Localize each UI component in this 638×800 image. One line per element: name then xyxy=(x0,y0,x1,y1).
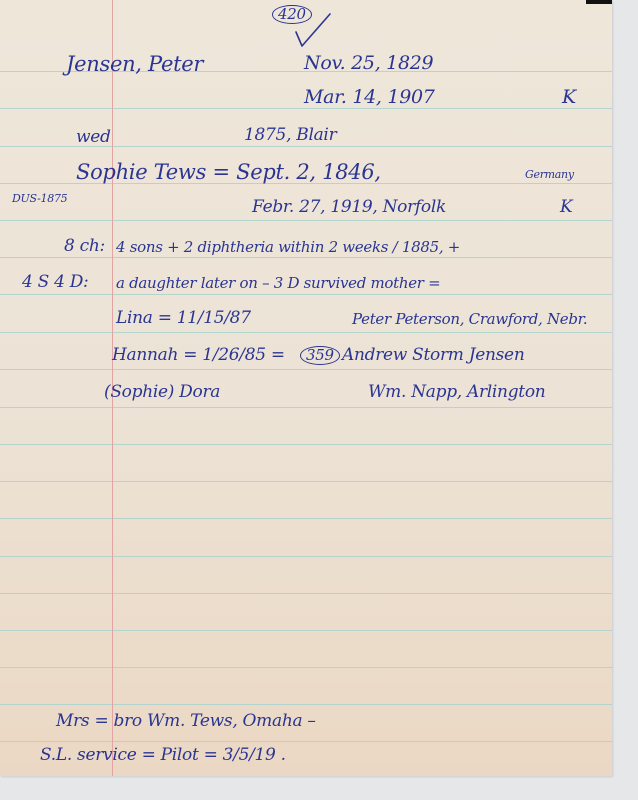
scan-edge xyxy=(586,0,612,4)
birth-date: Nov. 25, 1829 xyxy=(304,52,433,74)
ruled-line xyxy=(0,593,612,594)
children-line-1: 4 sons + 2 diphtheria within 2 weeks / 1… xyxy=(116,238,460,256)
marriage-info: 1875, Blair xyxy=(244,125,336,145)
child-2-spouse: Andrew Storm Jensen xyxy=(342,345,524,365)
children-line-2: a daughter later on – 3 D survived mothe… xyxy=(116,274,440,292)
child-3: (Sophie) Dora xyxy=(104,382,220,402)
ledger-page: 420 Jensen, Peter Nov. 25, 1829 Mar. 14,… xyxy=(0,0,612,776)
spouse-entry: Sophie Tews = Sept. 2, 1846, xyxy=(76,160,381,184)
ruled-line xyxy=(0,481,612,482)
children-label: 8 ch: xyxy=(64,236,105,256)
death-mark: K xyxy=(562,86,576,108)
spouse-death: Febr. 27, 1919, Norfolk xyxy=(252,197,446,217)
margin-note: DUS-1875 xyxy=(12,192,67,205)
child-1-spouse: Peter Peterson, Crawford, Nebr. xyxy=(352,310,587,328)
children-tally: 4 S 4 D: xyxy=(22,272,88,292)
ruled-line xyxy=(0,407,612,408)
check-mark-icon xyxy=(292,12,332,48)
ruled-line xyxy=(0,294,612,295)
person-name: Jensen, Peter xyxy=(66,52,203,76)
ruled-line xyxy=(0,667,612,668)
child-3-spouse: Wm. Napp, Arlington xyxy=(368,382,545,402)
ruled-line xyxy=(0,369,612,370)
ruled-line xyxy=(0,630,612,631)
death-date: Mar. 14, 1907 xyxy=(304,86,435,108)
spouse-origin: Germany xyxy=(525,168,574,181)
ruled-line xyxy=(0,518,612,519)
ruled-line xyxy=(0,220,612,221)
footer-note-2: S.L. service = Pilot = 3/5/19 . xyxy=(40,745,286,765)
spouse-death-mark: K xyxy=(560,197,572,217)
ruled-line xyxy=(0,444,612,445)
ruled-line xyxy=(0,332,612,333)
ruled-line xyxy=(0,108,612,109)
child-1: Lina = 11/15/87 xyxy=(116,308,251,328)
married-label: wed xyxy=(76,127,111,147)
ruled-line xyxy=(0,257,612,258)
ruled-line xyxy=(0,556,612,557)
footer-note-1: Mrs = bro Wm. Tews, Omaha – xyxy=(56,711,316,731)
child-2-ref: 359 xyxy=(300,346,340,365)
ruled-line xyxy=(0,704,612,705)
ruled-line xyxy=(0,741,612,742)
child-2: Hannah = 1/26/85 = xyxy=(112,345,285,365)
